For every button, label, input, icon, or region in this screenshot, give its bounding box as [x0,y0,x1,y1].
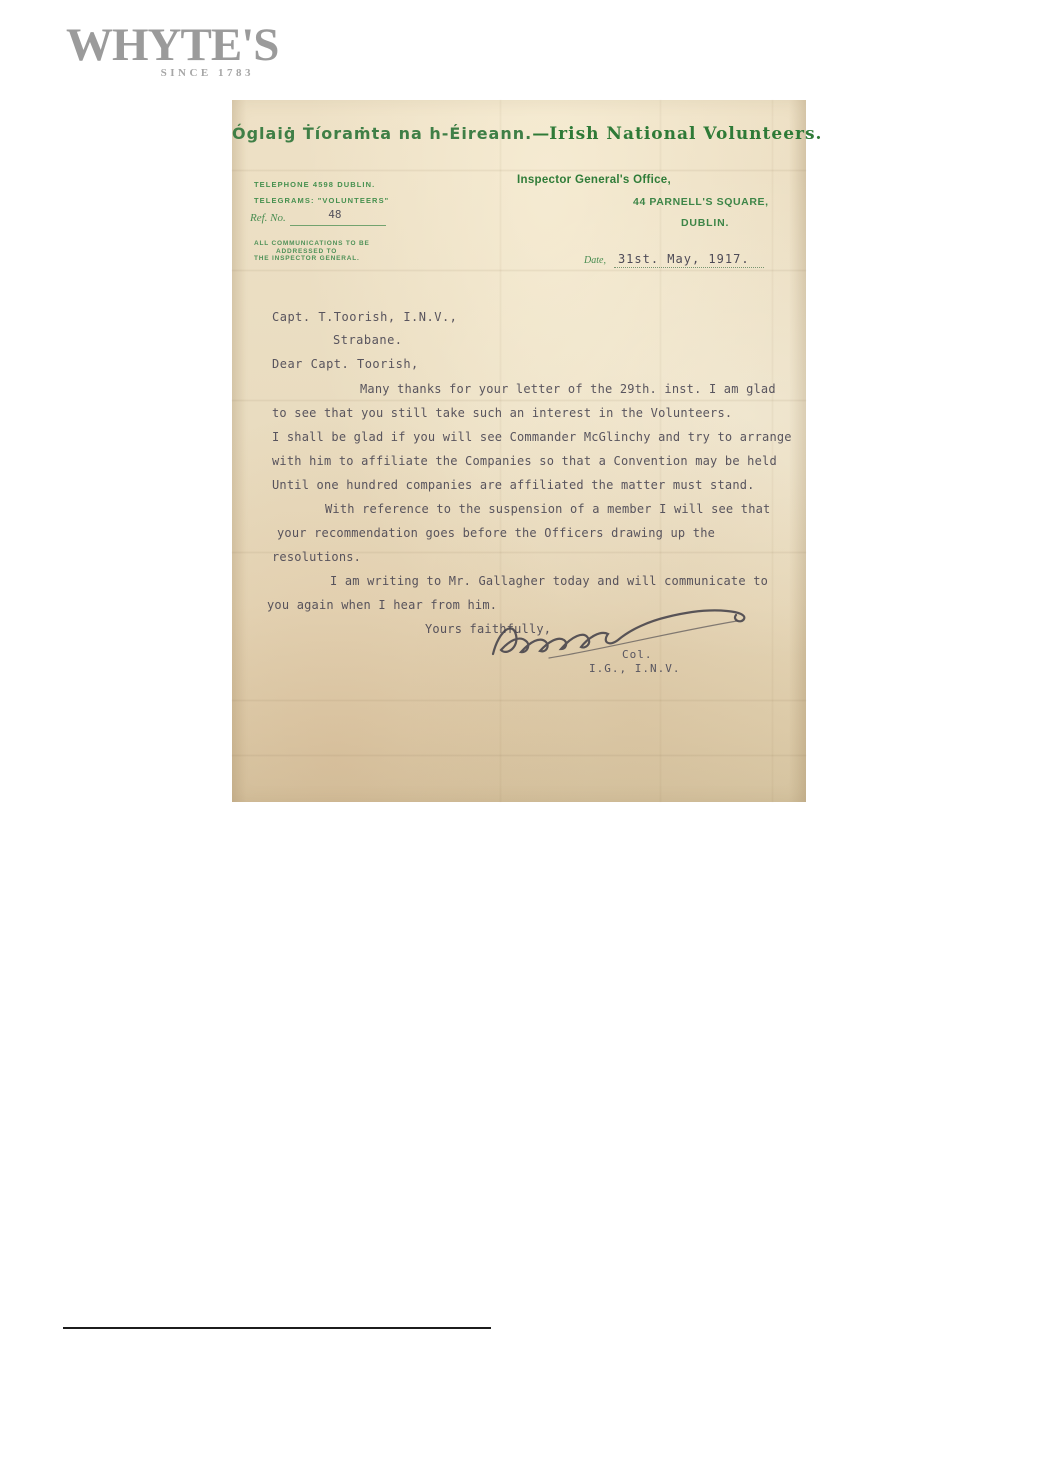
ref-no-label: Ref. No. [250,212,286,224]
reference-number-row: Ref. No. 48 [250,208,386,226]
date-value: 31st. May, 1917. [614,252,764,268]
notice-line: THE INSPECTOR GENERAL. [254,255,370,263]
whytes-logo: WHYTE'S [66,22,278,68]
recipient-town: Strabane. [272,329,457,352]
signoff-rank: Col. [622,648,653,661]
signoff-title: I.G., I.N.V. [589,662,680,675]
letter-body-line: resolutions. [272,545,792,569]
paper-fold [232,700,806,701]
letter-body-line: to see that you still take such an inter… [272,401,792,425]
ref-no-rule: 48 [290,211,386,226]
paper-fold [232,270,806,271]
ref-no-value: 48 [328,208,341,221]
recipient-block: Capt. T.Toorish, I.N.V., Strabane. Dear … [272,306,457,376]
letterhead-english-title: Irish National Volunteers. [549,124,822,144]
office-city: DUBLIN. [681,217,729,229]
letter-body-line: with him to affiliate the Companies so t… [272,449,792,473]
recipient-name: Capt. T.Toorish, I.N.V., [272,306,457,329]
letter-body-line: Until one hundred companies are affiliat… [272,473,792,497]
office-address: 44 PARNELL'S SQUARE, [633,196,769,208]
letterhead-gaelic-title: Óglaiġ Ṫíoraṁta na h-Éireann. [232,124,532,143]
letter-body-line: With reference to the suspension of a me… [272,497,792,521]
catalog-page: WHYTE'S SINCE 1783 Óglaiġ Ṫíoraṁta na h-… [0,0,1040,1471]
letter-body-line: I shall be glad if you will see Commande… [272,425,792,449]
date-label: Date, [584,255,606,266]
notice-line: ALL COMMUNICATIONS TO BE [254,240,370,248]
footnote-rule [63,1327,491,1329]
office-name: Inspector General's Office, [517,174,671,186]
telegrams-line: TELEGRAMS: "VOLUNTEERS" [254,196,389,205]
paper-fold [232,755,806,756]
date-row: Date,31st. May, 1917. [584,250,764,268]
letter-body-line: Many thanks for your letter of the 29th.… [272,377,792,401]
logo-tagline: SINCE 1783 [68,67,254,79]
paper-fold [232,170,806,171]
letter-body-line: your recommendation goes before the Offi… [272,521,792,545]
communications-notice: ALL COMMUNICATIONS TO BE ADDRESSED TO TH… [254,240,370,263]
notice-line: ADDRESSED TO [254,248,370,256]
telephone-line: TELEPHONE 4598 DUBLIN. [254,180,375,189]
letterhead-title: Óglaiġ Ṫíoraṁta na h-Éireann.—Irish Nati… [232,124,806,144]
letter-scan: Óglaiġ Ṫíoraṁta na h-Éireann.—Irish Nati… [232,100,806,802]
salutation: Dear Capt. Toorish, [272,353,457,376]
letterhead-separator: — [532,124,549,144]
